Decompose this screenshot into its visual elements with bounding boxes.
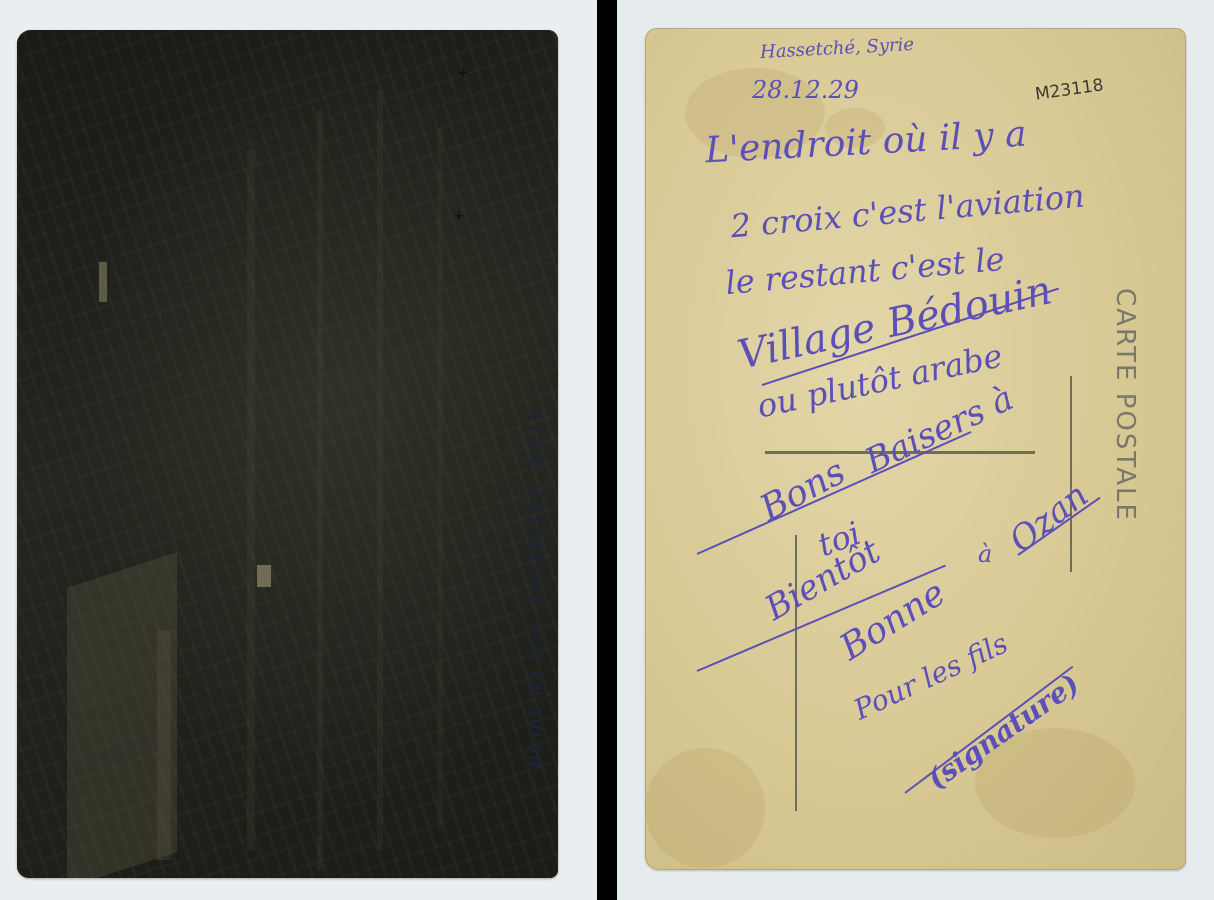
building-block bbox=[257, 565, 271, 587]
building-block bbox=[99, 262, 107, 302]
pen-mark-cross: + bbox=[453, 208, 465, 224]
street bbox=[377, 90, 383, 850]
street bbox=[317, 110, 323, 870]
postcard-front-photo: + + bbox=[17, 30, 558, 878]
message-line: à bbox=[978, 540, 992, 568]
stain bbox=[645, 748, 765, 868]
handwritten-date: 28.12.29 bbox=[752, 76, 859, 104]
printed-heading: CARTE POSTALE bbox=[1110, 288, 1140, 618]
scan-separator bbox=[597, 0, 617, 900]
street bbox=[247, 150, 255, 850]
photo-caption: « SYRIE. HOSSETCHE. VUE EN AVION » bbox=[508, 390, 544, 880]
street bbox=[437, 130, 443, 830]
building-block bbox=[157, 630, 171, 860]
pen-mark-cross: + bbox=[457, 65, 469, 81]
